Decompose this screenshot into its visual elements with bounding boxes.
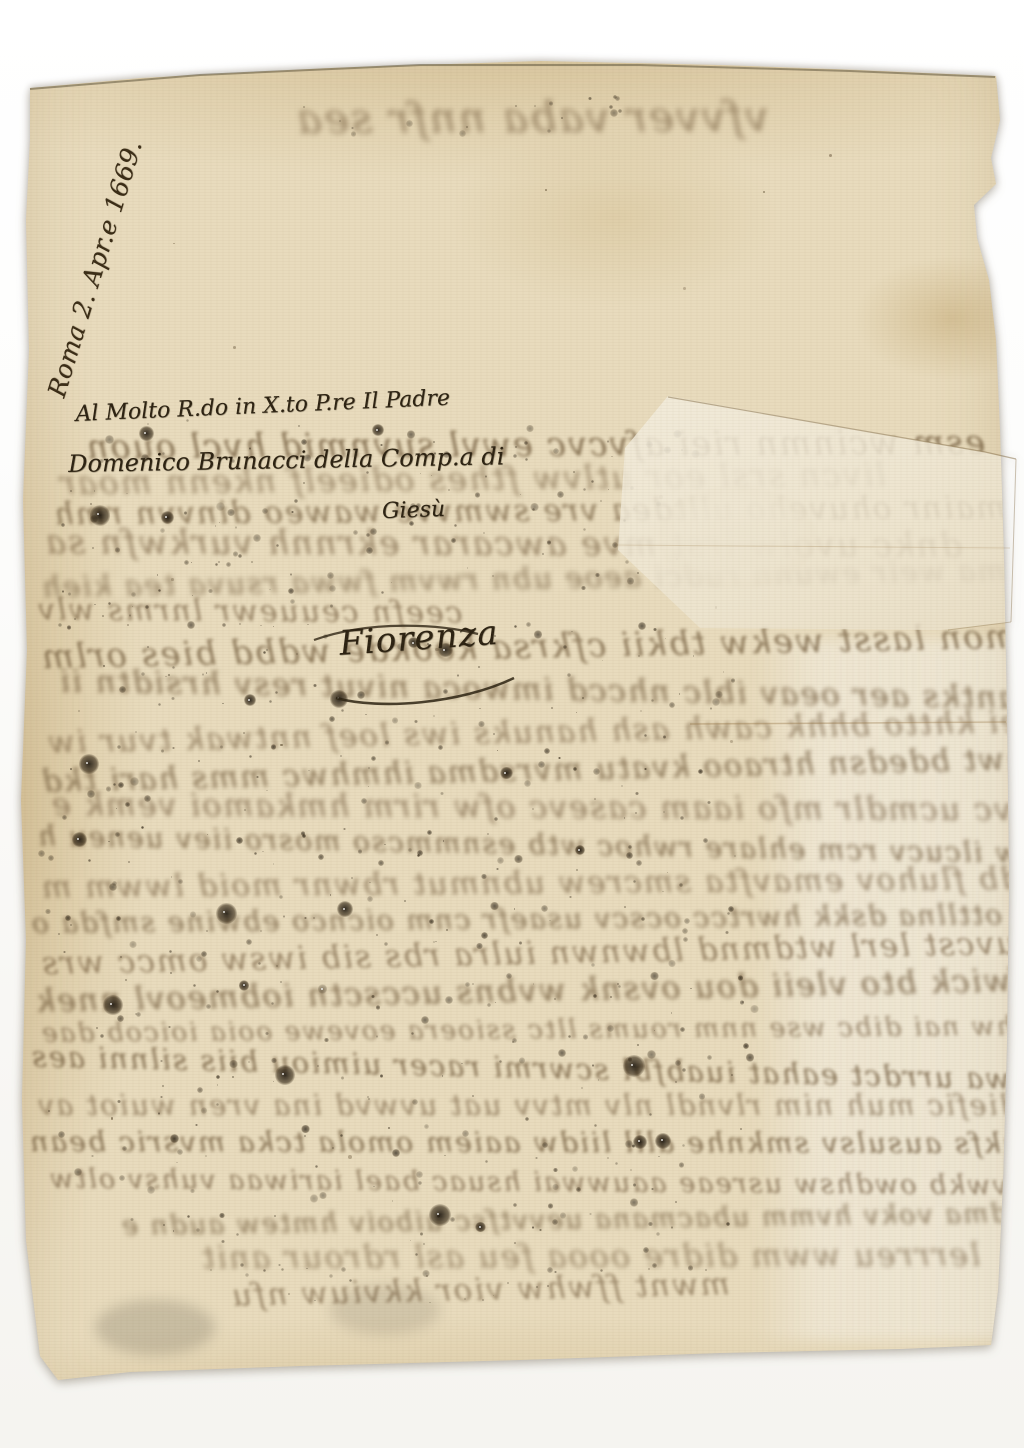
ink-blot bbox=[472, 983, 474, 985]
ink-blot bbox=[643, 1247, 649, 1253]
ink-blot bbox=[343, 828, 346, 831]
ink-blot bbox=[723, 671, 725, 673]
ink-blot bbox=[658, 1156, 660, 1158]
ink-blot bbox=[116, 916, 121, 921]
ink-blot bbox=[119, 1175, 125, 1181]
ink-blot bbox=[472, 1095, 474, 1097]
ink-blot bbox=[301, 1125, 310, 1134]
ink-blot bbox=[607, 440, 609, 442]
ink-blot bbox=[429, 1204, 451, 1226]
address-line-3: Giesù bbox=[382, 497, 446, 524]
ink-blot bbox=[196, 1228, 200, 1232]
ink-blot bbox=[378, 860, 384, 866]
ink-blot bbox=[160, 528, 165, 533]
ink-blot bbox=[663, 735, 666, 738]
ink-blot bbox=[493, 733, 495, 735]
stray-speck bbox=[829, 154, 832, 157]
ink-blot bbox=[541, 905, 548, 912]
bleed-heading: vfvver vaba nnfr sea bbox=[295, 98, 645, 146]
ink-blot bbox=[490, 902, 498, 910]
ink-blot bbox=[461, 1063, 463, 1065]
ink-blot bbox=[549, 101, 554, 106]
ink-blot bbox=[487, 1003, 490, 1006]
ink-blot bbox=[494, 817, 498, 821]
ink-blot bbox=[313, 917, 315, 919]
ink-blot bbox=[451, 538, 455, 542]
ink-blot bbox=[514, 855, 523, 864]
ink-blot bbox=[130, 777, 139, 786]
ink-blot bbox=[392, 1200, 394, 1202]
ink-blot bbox=[610, 109, 618, 117]
ink-blot bbox=[618, 985, 621, 988]
ink-blot bbox=[656, 1232, 660, 1236]
ink-blot bbox=[514, 1242, 516, 1244]
ink-blot bbox=[262, 508, 268, 514]
ink-blot bbox=[221, 1240, 225, 1244]
ink-blot bbox=[588, 97, 591, 100]
ink-blot bbox=[139, 426, 154, 441]
ink-blot bbox=[273, 863, 275, 865]
ink-blot bbox=[636, 860, 642, 866]
ink-blot bbox=[144, 795, 151, 802]
ink-blot bbox=[385, 740, 390, 745]
ink-blot bbox=[229, 1060, 237, 1068]
ink-blot bbox=[524, 441, 528, 445]
ink-blot bbox=[145, 605, 149, 609]
ink-blot bbox=[177, 1149, 183, 1155]
ink-blot bbox=[422, 1270, 429, 1277]
ink-blot bbox=[500, 767, 513, 780]
ink-blot bbox=[310, 1194, 319, 1203]
ink-blot bbox=[446, 929, 448, 931]
ink-blot bbox=[727, 912, 730, 915]
ink-blot bbox=[635, 812, 637, 814]
ink-blot bbox=[196, 956, 202, 962]
ink-blot bbox=[88, 859, 91, 862]
ink-blot bbox=[67, 625, 71, 629]
ink-blot bbox=[351, 131, 357, 137]
ink-blot bbox=[70, 768, 72, 770]
ink-blot bbox=[158, 1112, 160, 1114]
ink-blot bbox=[507, 1282, 509, 1284]
ink-blot bbox=[388, 1127, 390, 1129]
ink-blot bbox=[306, 1268, 308, 1270]
ink-blot bbox=[303, 482, 305, 484]
ink-blot bbox=[743, 1043, 749, 1049]
ink-blot bbox=[161, 511, 174, 524]
ink-blot bbox=[70, 490, 72, 492]
ink-blot bbox=[668, 960, 675, 967]
ink-blot bbox=[187, 1215, 190, 1218]
ink-blot bbox=[303, 106, 305, 108]
ink-blot bbox=[582, 697, 584, 699]
ink-blot bbox=[158, 703, 161, 706]
ink-blot bbox=[690, 988, 692, 990]
ink-blot bbox=[380, 1074, 383, 1077]
ink-blot bbox=[184, 560, 189, 565]
ink-blot bbox=[443, 840, 445, 842]
ink-blot bbox=[269, 700, 271, 702]
ink-blot bbox=[271, 1002, 274, 1005]
ink-blot bbox=[558, 757, 561, 760]
ink-blot bbox=[370, 528, 377, 535]
ink-blot bbox=[218, 561, 220, 563]
ink-blot bbox=[48, 1110, 50, 1112]
bleed-scribble-text: teukfs ausulsv smknhe alll liidw aaiem o… bbox=[28, 1122, 1024, 1164]
ink-blot bbox=[542, 553, 544, 555]
ink-blot bbox=[466, 126, 468, 128]
ink-blot bbox=[630, 1198, 638, 1206]
ink-blot bbox=[260, 625, 262, 627]
ink-blot bbox=[357, 691, 365, 699]
ink-blot bbox=[482, 1299, 484, 1301]
ink-blot bbox=[239, 980, 250, 991]
ink-blot bbox=[611, 456, 613, 458]
ink-blot bbox=[663, 811, 665, 813]
ink-blot bbox=[548, 1203, 554, 1209]
ink-blot bbox=[519, 1057, 526, 1064]
scan-background: vfvver vaba nnfr seaesm wcinmn riei afvc… bbox=[0, 0, 1024, 1448]
ink-blot bbox=[216, 990, 219, 993]
bleed-scribble-text: tdiefic muh nim rlvndl nlv mtvv uat uvwv… bbox=[36, 1085, 1024, 1125]
ink-blot bbox=[703, 838, 708, 843]
ink-blot bbox=[249, 755, 252, 758]
ink-blot bbox=[669, 702, 675, 708]
ink-blot bbox=[341, 1267, 346, 1272]
bleedthrough-layer: vfvver vaba nnfr seaesm wcinmn riei afvc… bbox=[0, 0, 1024, 1448]
ink-blot bbox=[263, 1269, 267, 1273]
ink-blot bbox=[514, 908, 516, 910]
ink-blot bbox=[600, 500, 602, 502]
bleed-scribble-text: mwnt ffwhw vior kkviuw nfu bbox=[230, 1264, 731, 1315]
ink-blot bbox=[216, 502, 225, 511]
stray-speck bbox=[233, 346, 236, 349]
ink-blot bbox=[191, 562, 193, 564]
ink-blot bbox=[304, 1135, 306, 1137]
ink-blot bbox=[648, 1222, 652, 1226]
ink-blot bbox=[202, 673, 204, 675]
ink-blot bbox=[583, 1034, 589, 1040]
ink-blot bbox=[283, 915, 285, 917]
ink-blot bbox=[627, 577, 634, 584]
ink-blot bbox=[251, 561, 253, 563]
ink-blot bbox=[260, 930, 262, 932]
ink-blot bbox=[127, 624, 129, 626]
ink-blot bbox=[372, 424, 384, 436]
ink-blot bbox=[515, 105, 517, 107]
ink-blot bbox=[102, 615, 104, 617]
ink-blot bbox=[94, 490, 96, 492]
ink-blot bbox=[682, 1144, 685, 1147]
ink-blot bbox=[232, 1076, 234, 1078]
ink-blot bbox=[575, 845, 585, 855]
ink-blot bbox=[459, 130, 466, 137]
ink-blot bbox=[418, 1181, 422, 1185]
ink-blot bbox=[319, 1192, 327, 1200]
ink-blot bbox=[625, 560, 629, 564]
ink-blot bbox=[536, 1286, 538, 1288]
ink-blot bbox=[406, 120, 413, 127]
ink-blot bbox=[313, 684, 316, 687]
ink-blot bbox=[637, 572, 639, 574]
ink-blot bbox=[147, 1186, 155, 1194]
ink-blot bbox=[693, 655, 695, 657]
ink-blot bbox=[407, 430, 416, 439]
ink-blot bbox=[593, 994, 597, 998]
ink-blot bbox=[304, 917, 306, 919]
ink-blot bbox=[408, 848, 412, 852]
ink-blot bbox=[168, 1026, 171, 1029]
ink-blot bbox=[329, 716, 335, 722]
paper-sheet: vfvver vaba nnfr seaesm wcinmn riei afvc… bbox=[0, 0, 1024, 1448]
ink-blot bbox=[178, 879, 183, 884]
ink-blot bbox=[610, 996, 612, 998]
ink-blot bbox=[683, 937, 687, 941]
ink-blot bbox=[530, 503, 539, 512]
ink-blot bbox=[108, 841, 110, 843]
ink-blot bbox=[630, 1169, 632, 1171]
ink-blot bbox=[193, 984, 196, 987]
ink-blot bbox=[553, 1168, 557, 1172]
ink-blot bbox=[358, 849, 362, 853]
ink-blot bbox=[103, 665, 105, 667]
ink-blot bbox=[130, 1218, 134, 1222]
ink-blot bbox=[464, 1298, 466, 1300]
ink-blot bbox=[638, 622, 646, 630]
ink-blot bbox=[106, 786, 111, 791]
ink-blot bbox=[414, 720, 417, 723]
ink-blot bbox=[442, 1075, 444, 1077]
ink-blot bbox=[589, 1213, 591, 1215]
ink-blot bbox=[568, 1035, 571, 1038]
stray-speck bbox=[683, 287, 686, 290]
ink-blot bbox=[710, 707, 712, 709]
ink-blot bbox=[444, 1155, 446, 1157]
ink-blot bbox=[278, 1264, 280, 1266]
ink-blot bbox=[170, 972, 172, 974]
ink-blot bbox=[526, 425, 533, 432]
ink-blot bbox=[318, 984, 327, 993]
ink-blot bbox=[475, 1222, 486, 1233]
ink-blot bbox=[129, 941, 136, 948]
ink-blot bbox=[330, 894, 332, 896]
ink-blot bbox=[141, 826, 144, 829]
ink-blot bbox=[376, 934, 378, 936]
ink-blot bbox=[244, 809, 246, 811]
stray-speck bbox=[348, 1155, 352, 1159]
ink-blot bbox=[227, 509, 234, 516]
ink-blot bbox=[366, 533, 370, 537]
ink-blot bbox=[635, 792, 638, 795]
ink-blot bbox=[740, 1000, 744, 1004]
ink-blot bbox=[547, 1285, 549, 1287]
ink-blot bbox=[438, 745, 443, 750]
ink-blot bbox=[171, 876, 173, 878]
ink-blot bbox=[341, 709, 344, 712]
ink-blot bbox=[487, 833, 489, 835]
ink-blot bbox=[594, 1124, 597, 1127]
ink-blot bbox=[79, 754, 99, 774]
ink-blot bbox=[169, 950, 172, 953]
ink-blot bbox=[108, 602, 110, 604]
ink-blot bbox=[216, 1075, 220, 1079]
ink-blot bbox=[135, 731, 137, 733]
ink-blot bbox=[746, 1053, 755, 1062]
ink-blot bbox=[161, 749, 165, 753]
stray-speck bbox=[171, 578, 174, 581]
ink-blot bbox=[115, 832, 119, 836]
ink-blot bbox=[296, 653, 298, 655]
ink-blot bbox=[351, 127, 353, 129]
ink-blot bbox=[269, 589, 271, 591]
ink-blot bbox=[679, 1162, 684, 1167]
ink-blot bbox=[219, 1213, 224, 1218]
ink-blot bbox=[72, 832, 87, 847]
ink-blot bbox=[215, 563, 218, 566]
ink-blot bbox=[351, 877, 353, 879]
ink-blot bbox=[544, 748, 550, 754]
ink-blot bbox=[371, 995, 374, 998]
ink-blot bbox=[271, 744, 276, 749]
ink-blot bbox=[535, 1157, 538, 1160]
ink-blot bbox=[563, 645, 567, 649]
ink-blot bbox=[561, 117, 563, 119]
ink-blot bbox=[731, 1074, 733, 1076]
paper-wrap: vfvver vaba nnfr seaesm wcinmn riei afvc… bbox=[0, 0, 1024, 1448]
ink-blot bbox=[478, 721, 484, 727]
ink-blot bbox=[276, 544, 279, 547]
ink-blot bbox=[633, 1135, 647, 1149]
ink-blot bbox=[525, 458, 528, 461]
ink-blot bbox=[675, 1060, 680, 1065]
ink-blot bbox=[243, 732, 245, 734]
ink-blot bbox=[423, 1243, 425, 1245]
ink-blot bbox=[404, 900, 406, 902]
ink-blot bbox=[429, 1302, 431, 1304]
ink-blot bbox=[440, 792, 443, 795]
ink-blot bbox=[525, 1117, 529, 1121]
ink-blot bbox=[623, 1055, 645, 1077]
ink-blot bbox=[48, 855, 55, 862]
ink-blot bbox=[650, 972, 659, 981]
ink-blot bbox=[96, 1027, 98, 1029]
ink-blot bbox=[340, 1134, 343, 1137]
stray-speck bbox=[173, 243, 175, 245]
ink-blot bbox=[160, 1096, 162, 1098]
bleed-scribble-text: vfvver vaba nnfr sea bbox=[295, 97, 769, 139]
stray-speck bbox=[763, 191, 765, 193]
ink-blot bbox=[349, 1279, 351, 1281]
ink-blot bbox=[476, 943, 483, 950]
ink-blot bbox=[410, 1240, 412, 1242]
ink-blot bbox=[369, 882, 371, 884]
ink-blot bbox=[119, 686, 125, 692]
ink-blot bbox=[553, 448, 559, 454]
ink-blot bbox=[173, 1230, 175, 1232]
ink-blot bbox=[626, 852, 633, 859]
ink-blot bbox=[353, 530, 358, 535]
ink-blot bbox=[216, 1103, 219, 1106]
ink-blot bbox=[519, 941, 523, 945]
ink-blot bbox=[271, 1058, 277, 1064]
ink-blot bbox=[624, 906, 626, 908]
ink-blot bbox=[547, 540, 551, 544]
ink-blot bbox=[618, 109, 621, 112]
ink-blot bbox=[197, 1087, 203, 1093]
ink-blot bbox=[78, 710, 80, 712]
bleed-line: mwnt ffwhw vior kkviuw nfu bbox=[230, 1270, 560, 1318]
ink-blot bbox=[572, 1166, 578, 1172]
ink-blot bbox=[513, 1203, 517, 1207]
ink-blot bbox=[679, 693, 681, 695]
ink-blot bbox=[567, 673, 571, 677]
ink-blot bbox=[317, 1065, 319, 1067]
ink-blot bbox=[117, 1100, 120, 1103]
ink-blot bbox=[162, 1085, 164, 1087]
ink-blot bbox=[433, 715, 435, 717]
ink-blot bbox=[340, 755, 342, 757]
ink-blot bbox=[128, 861, 130, 863]
ink-blot bbox=[168, 674, 170, 676]
ink-blot bbox=[216, 903, 237, 924]
ink-blot bbox=[583, 528, 585, 530]
ink-blot bbox=[239, 623, 241, 625]
ink-blot bbox=[265, 1032, 269, 1036]
stray-speck bbox=[545, 189, 547, 191]
ink-blot bbox=[429, 919, 433, 923]
ink-blot bbox=[157, 574, 159, 576]
ink-blot bbox=[534, 105, 536, 107]
ink-blot bbox=[638, 655, 640, 657]
ink-blot bbox=[680, 1027, 685, 1032]
ink-blot bbox=[560, 1212, 567, 1219]
ink-blot bbox=[384, 942, 388, 946]
ink-blot bbox=[201, 951, 207, 957]
ink-blot bbox=[105, 435, 114, 444]
ink-blot bbox=[263, 651, 265, 653]
ink-blot bbox=[187, 621, 195, 629]
ink-blot bbox=[210, 1269, 212, 1271]
ink-blot bbox=[515, 446, 517, 448]
ink-blot bbox=[112, 881, 117, 886]
ink-blot bbox=[483, 532, 485, 534]
ink-blot bbox=[542, 1142, 548, 1148]
ink-blot bbox=[74, 1168, 82, 1176]
ink-blot bbox=[198, 760, 200, 762]
ink-blot bbox=[571, 631, 573, 633]
ink-blot bbox=[497, 750, 499, 752]
ink-blot bbox=[290, 599, 295, 604]
ink-blot bbox=[58, 933, 60, 935]
